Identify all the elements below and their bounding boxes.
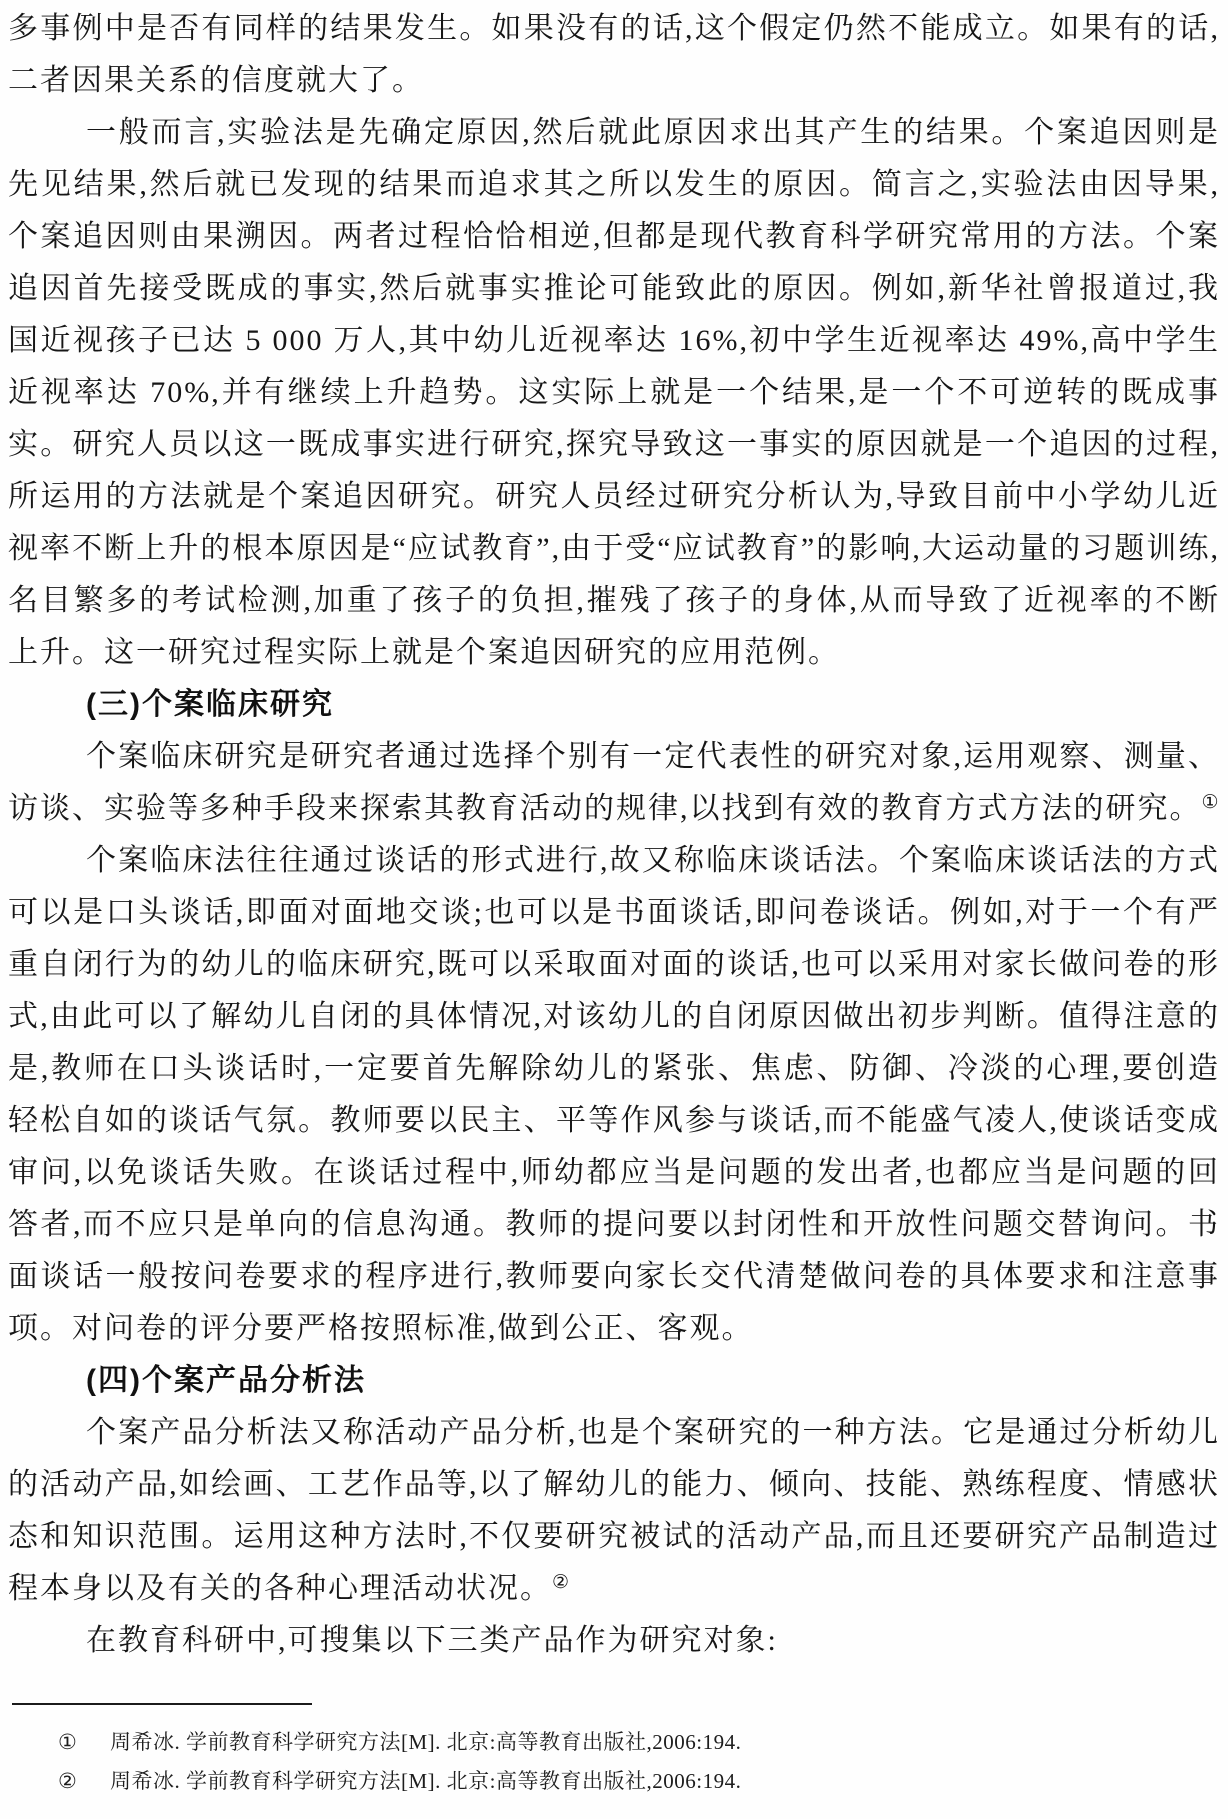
footnote-marker-1: ① xyxy=(58,1723,110,1762)
footnote-area: ①周希冰. 学前教育科学研究方法[M]. 北京:高等教育出版社,2006:194… xyxy=(8,1703,1220,1801)
section-heading-case-product-analysis: (四)个案产品分析法 xyxy=(8,1355,1220,1407)
paragraph-text: 多事例中是否有同样的结果发生。如果没有的话,这个假定仍然不能成立。如果有的话,二… xyxy=(8,12,1220,97)
body-paragraph: 个案临床法往往通过谈话的形式进行,故又称临床谈话法。个案临床谈话法的方式可以是口… xyxy=(8,835,1220,1355)
footnote-list: ①周希冰. 学前教育科学研究方法[M]. 北京:高等教育出版社,2006:194… xyxy=(8,1723,1220,1801)
footnote-divider xyxy=(12,1703,312,1705)
body-paragraph: 个案产品分析法又称活动产品分析,也是个案研究的一种方法。它是通过分析幼儿的活动产… xyxy=(8,1407,1220,1615)
body-paragraph: 在教育科研中,可搜集以下三类产品作为研究对象: xyxy=(8,1615,1220,1667)
paragraph-text: 在教育科研中,可搜集以下三类产品作为研究对象: xyxy=(86,1624,778,1657)
body-paragraph: 个案临床研究是研究者通过选择个别有一定代表性的研究对象,运用观察、测量、访谈、实… xyxy=(8,731,1220,835)
book-page: 多事例中是否有同样的结果发生。如果没有的话,这个假定仍然不能成立。如果有的话,二… xyxy=(0,0,1228,1819)
heading-text: (三)个案临床研究 xyxy=(86,688,334,721)
footnote-reference-2: ② xyxy=(552,1572,569,1593)
footnote-text: 周希冰. 学前教育科学研究方法[M]. 北京:高等教育出版社,2006:194. xyxy=(110,1730,741,1754)
heading-text: (四)个案产品分析法 xyxy=(86,1364,366,1397)
footnote-marker-2: ② xyxy=(58,1762,110,1801)
footnote-item: ①周希冰. 学前教育科学研究方法[M]. 北京:高等教育出版社,2006:194… xyxy=(58,1723,1220,1762)
footnote-item: ②周希冰. 学前教育科学研究方法[M]. 北京:高等教育出版社,2006:194… xyxy=(58,1762,1220,1801)
paragraph-text: 个案临床研究是研究者通过选择个别有一定代表性的研究对象,运用观察、测量、访谈、实… xyxy=(8,740,1220,825)
paragraph-text: 个案产品分析法又称活动产品分析,也是个案研究的一种方法。它是通过分析幼儿的活动产… xyxy=(8,1416,1220,1605)
paragraph-text: 一般而言,实验法是先确定原因,然后就此原因求出其产生的结果。个案追因则是先见结果… xyxy=(8,116,1220,669)
body-paragraph: 一般而言,实验法是先确定原因,然后就此原因求出其产生的结果。个案追因则是先见结果… xyxy=(8,107,1220,679)
section-heading-case-clinical-study: (三)个案临床研究 xyxy=(8,679,1220,731)
footnote-reference-1: ① xyxy=(1202,792,1219,813)
body-paragraph-continuation: 多事例中是否有同样的结果发生。如果没有的话,这个假定仍然不能成立。如果有的话,二… xyxy=(8,3,1220,107)
footnote-text: 周希冰. 学前教育科学研究方法[M]. 北京:高等教育出版社,2006:194. xyxy=(110,1769,741,1793)
paragraph-text: 个案临床法往往通过谈话的形式进行,故又称临床谈话法。个案临床谈话法的方式可以是口… xyxy=(8,844,1220,1345)
